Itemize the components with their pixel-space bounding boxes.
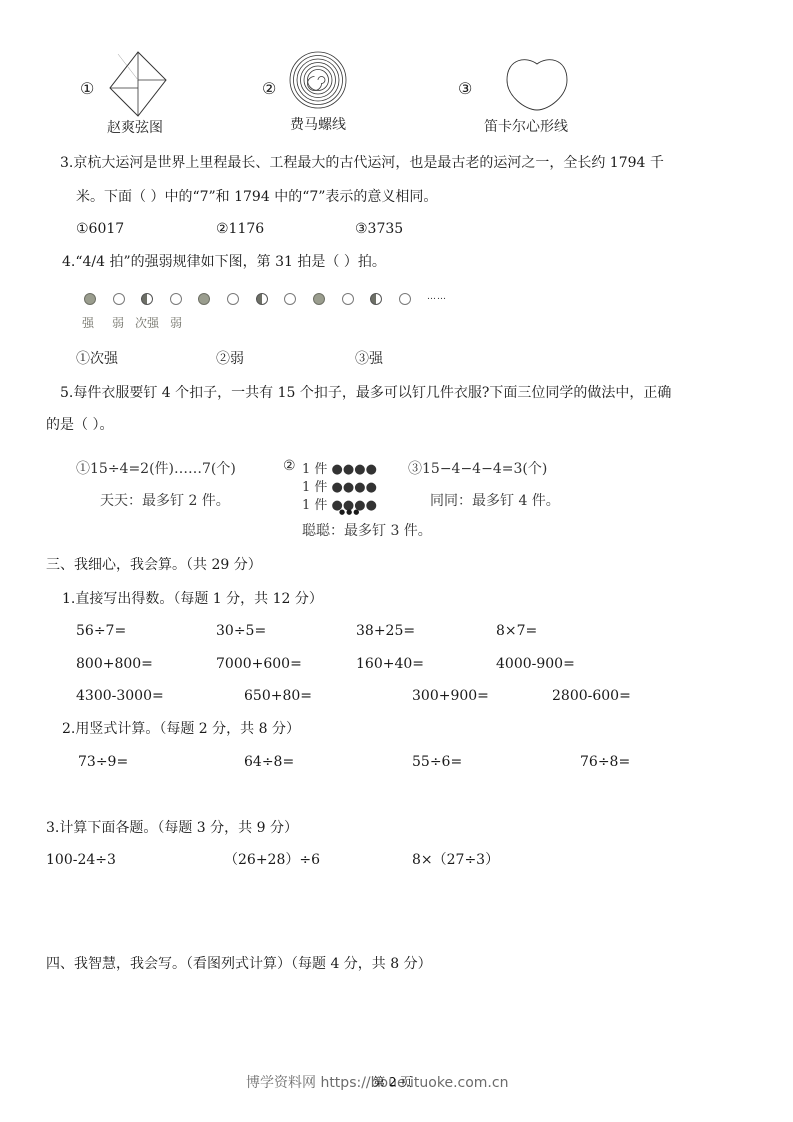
beat-ellipsis: …… [427, 292, 447, 302]
beat-label-strong: 强 [82, 314, 94, 331]
problem: 64÷8= [244, 753, 294, 771]
method-2-conclusion: 聪聪：最多钉 3 件。 [302, 520, 432, 540]
problem: 55÷6= [412, 753, 462, 771]
problem: 8×7= [496, 622, 537, 640]
figure-1-marker: ① [80, 80, 94, 98]
beat-secondary-strong-icon [370, 293, 382, 305]
section-3-part-1-title: 1.直接写出得数。（每题 1 分，共 12 分） [62, 590, 323, 608]
method-1-conclusion: 天天：最多钉 2 件。 [100, 490, 230, 510]
problem: 8×（27÷3） [412, 851, 499, 869]
figure-1-label: 赵爽弦图 [107, 117, 163, 137]
problem: 76÷8= [580, 753, 630, 771]
problem: 73÷9= [78, 753, 128, 771]
question-4-text: 4.“4/4 拍”的强弱规律如下图，第 31 拍是（ ）拍。 [62, 253, 386, 271]
beat-strong-icon [198, 293, 210, 305]
problem: 4000-900= [496, 655, 575, 673]
question-3-option-3: ③3735 [355, 220, 403, 238]
beat-strong-icon [84, 293, 96, 305]
question-3-line2: 米。下面（ ）中的“7”和 1794 中的“7”表示的意义相同。 [76, 188, 437, 206]
section-3-part-3-title: 3.计算下面各题。（每题 3 分，共 9 分） [46, 819, 298, 837]
footer-watermark: 博学资料网 https://bo [246, 1075, 388, 1091]
question-5-line1: 5.每件衣服要钉 4 个扣子，一共有 15 个扣子，最多可以钉几件衣服?下面三位… [60, 384, 671, 402]
problem: 100-24÷3 [46, 851, 116, 869]
problem: 800+800= [76, 655, 153, 673]
beat-weak-icon [170, 293, 182, 305]
beat-weak-icon [113, 293, 125, 305]
question-3-option-1: ①6017 [76, 220, 124, 238]
question-4-option-3: ③强 [355, 350, 383, 368]
problem: 160+40= [356, 655, 424, 673]
method-3-formula: ③15−4−4−4=3(个) [408, 458, 547, 478]
beat-secondary-strong-icon [256, 293, 268, 305]
problem: 650+80= [244, 687, 312, 705]
beat-weak-icon [342, 293, 354, 305]
figure-2-marker: ② [262, 80, 276, 98]
figure-2-label: 费马螺线 [290, 114, 346, 134]
beat-label-weak: 弱 [112, 314, 124, 331]
beat-label-secondary-strong: 次强 [135, 314, 159, 331]
beat-weak-icon [227, 293, 239, 305]
problem: （26+28）÷6 [224, 851, 320, 869]
section-3-part-2-title: 2.用竖式计算。（每题 2 分，共 8 分） [62, 720, 300, 738]
problem: 2800-600= [552, 687, 631, 705]
method-2-row-2: 1 件 ●●●● [302, 476, 377, 495]
method-2-marker: ② [283, 458, 296, 474]
question-4-option-1: ①次强 [76, 350, 118, 368]
problem: 30÷5= [216, 622, 266, 640]
method-2-row-1: 1 件 ●●●● [302, 458, 377, 477]
problem: 56÷7= [76, 622, 126, 640]
page-number-wrap: 第 2 页 [373, 1073, 412, 1090]
fermat-spiral-icon [288, 50, 348, 110]
question-3-option-2: ②1176 [216, 220, 264, 238]
beat-weak-icon [284, 293, 296, 305]
cardioid-icon [505, 56, 569, 112]
method-2-leftover: ●●● [339, 508, 360, 516]
beat-label-weak: 弱 [170, 314, 182, 331]
figure-3-label: 笛卡尔心形线 [484, 116, 568, 136]
problem: 38+25= [356, 622, 415, 640]
section-4-title: 四、我智慧，我会写。（看图列式计算）（每题 4 分，共 8 分） [46, 955, 432, 973]
problem: 7000+600= [216, 655, 302, 673]
problem: 300+900= [412, 687, 489, 705]
zhao-shuang-diagram-icon [108, 50, 168, 118]
beat-secondary-strong-icon [141, 293, 153, 305]
method-1-formula: ①15÷4=2(件)……7(个) [76, 458, 236, 478]
method-3-conclusion: 同同：最多钉 4 件。 [430, 490, 560, 510]
problem: 4300-3000= [76, 687, 164, 705]
beat-strong-icon [313, 293, 325, 305]
question-3-line1: 3.京杭大运河是世界上里程最长、工程最大的古代运河，也是最古老的运河之一，全长约… [60, 154, 664, 172]
question-4-option-2: ②弱 [216, 350, 244, 368]
beat-weak-icon [399, 293, 411, 305]
question-5-line2: 的是（ ）。 [46, 416, 113, 434]
section-3-title: 三、我细心，我会算。（共 29 分） [46, 556, 262, 574]
page-number: 第 2 页 [373, 1075, 412, 1089]
figure-3-marker: ③ [458, 80, 472, 98]
